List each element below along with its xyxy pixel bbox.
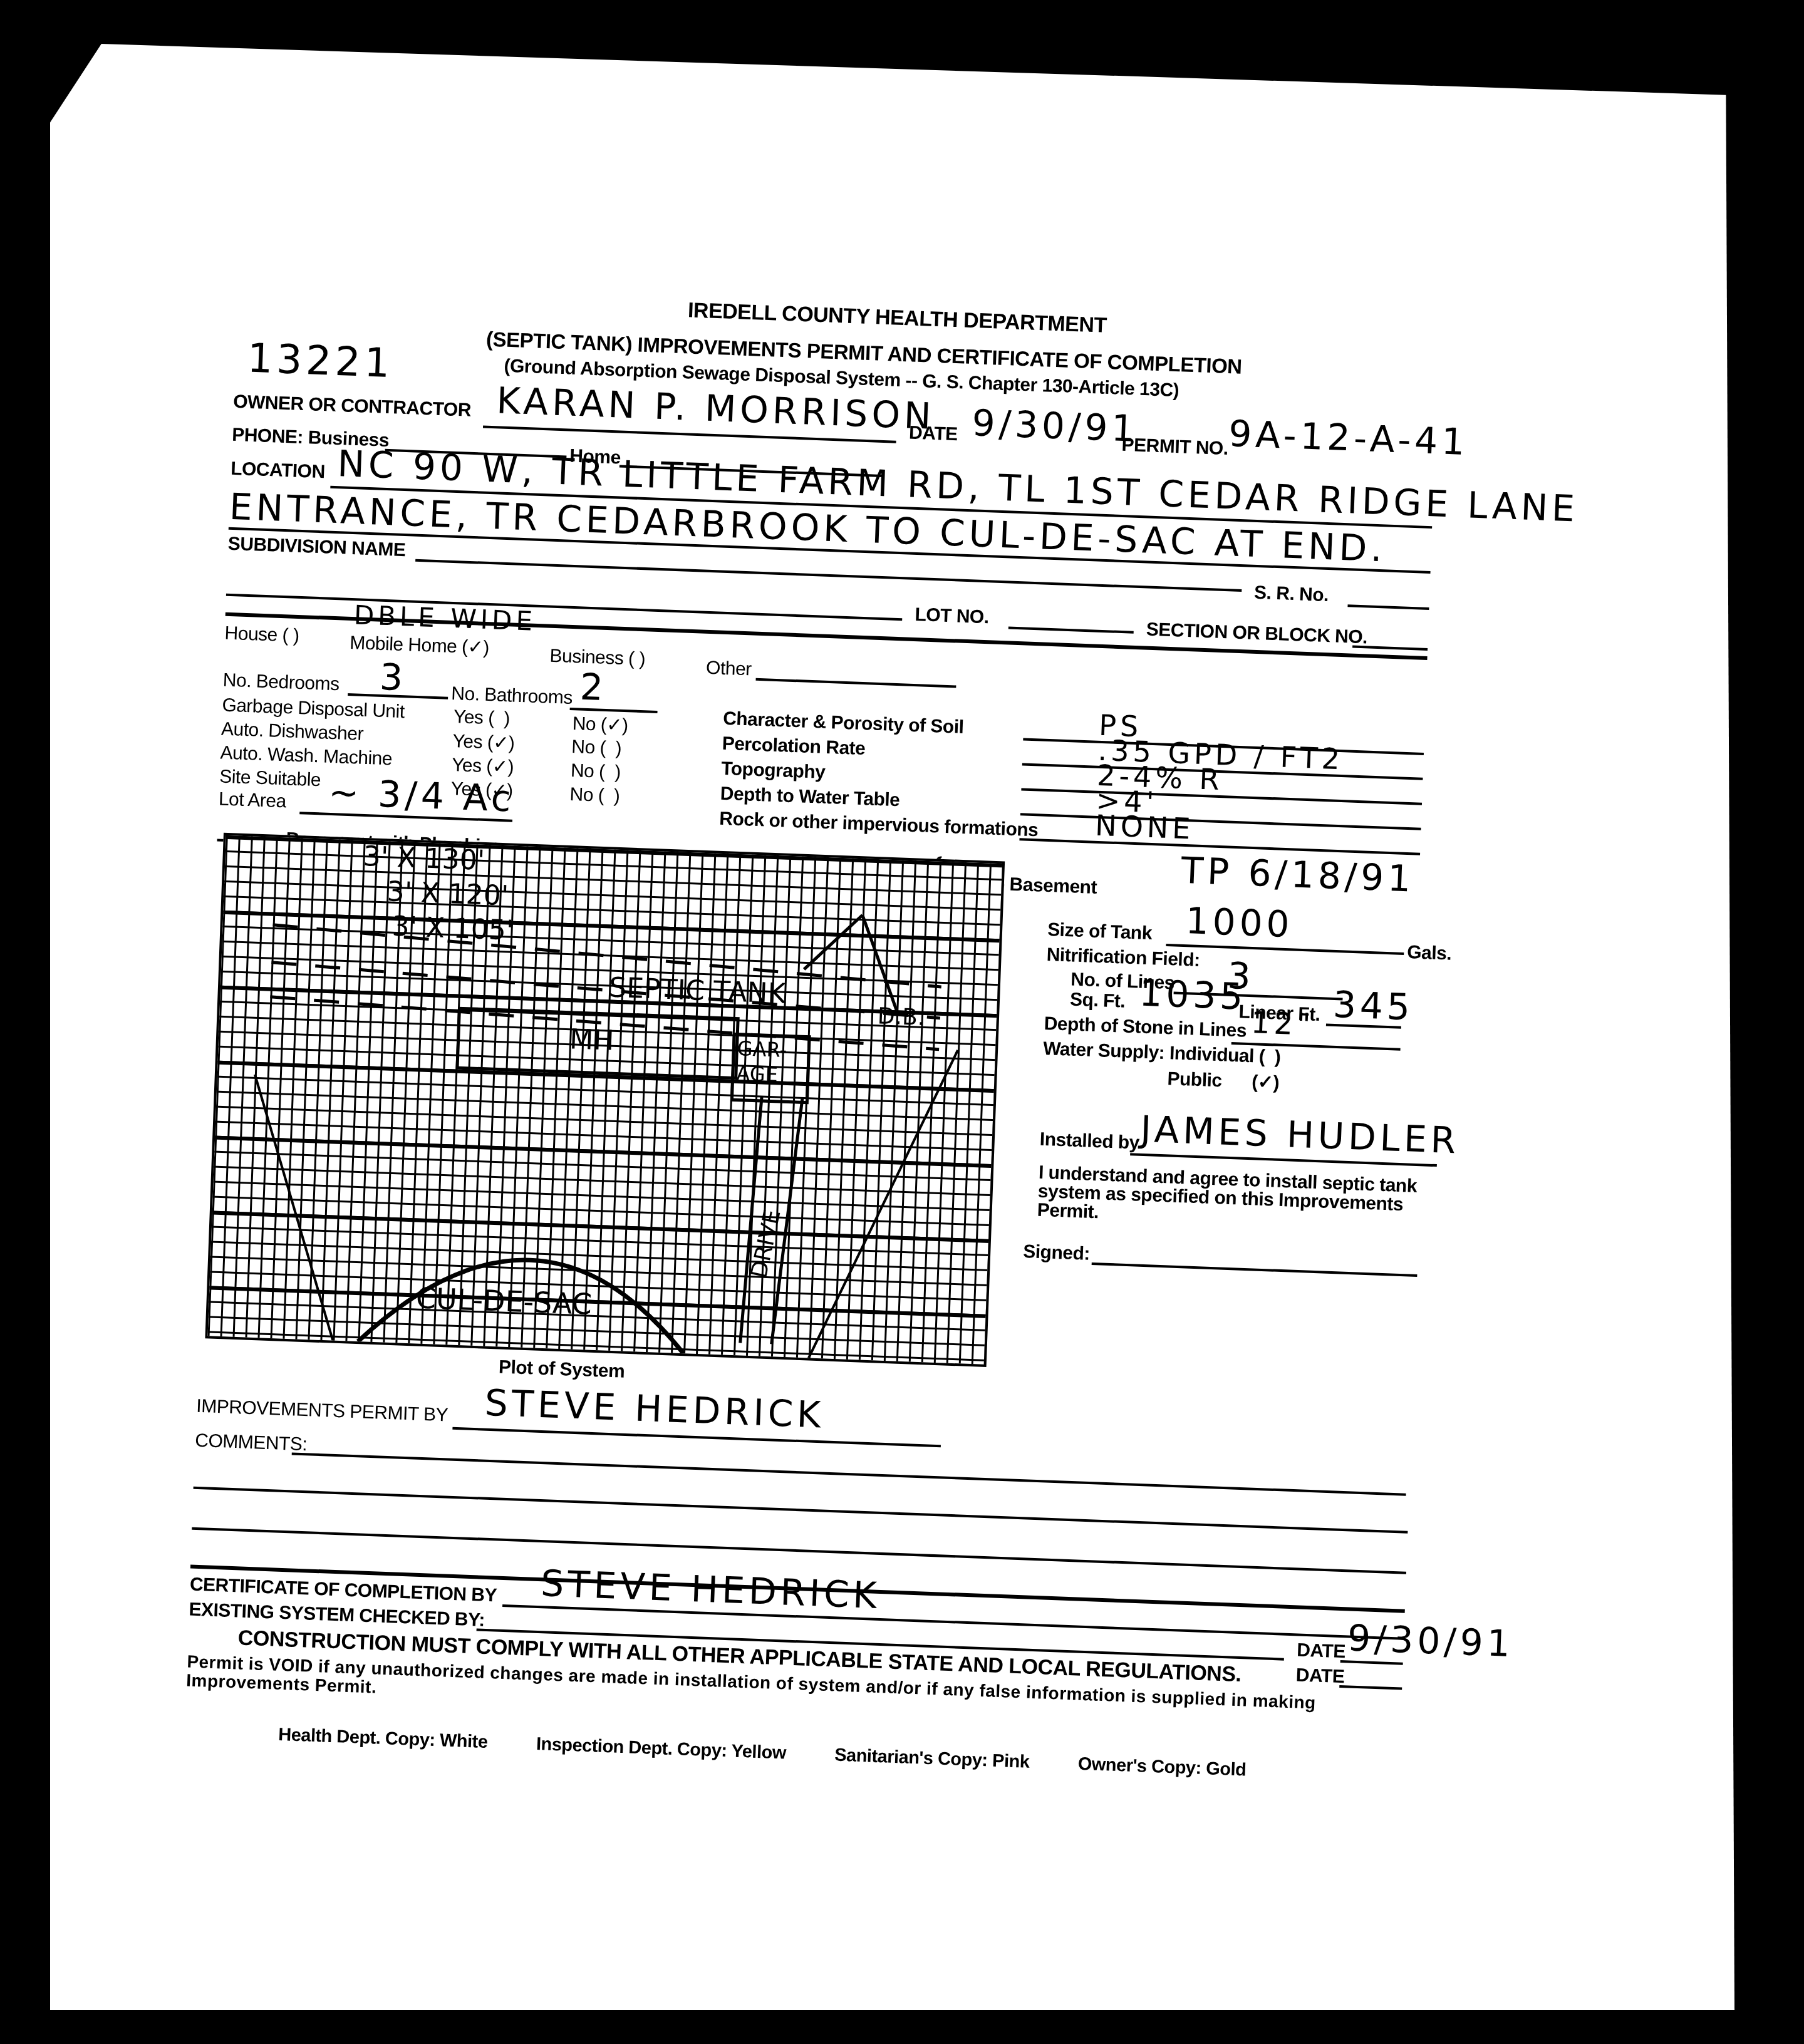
permit-form: IREDELL COUNTY HEALTH DEPARTMENT (SEPTIC… bbox=[176, 269, 1615, 2010]
agency-title: IREDELL COUNTY HEALTH DEPARTMENT bbox=[687, 298, 1107, 338]
water-individual-checkbox[interactable]: ( ) bbox=[1258, 1046, 1281, 1068]
tank-size-value[interactable]: 1000 bbox=[1185, 899, 1294, 946]
subdivision-label: SUBDIVISION NAME bbox=[227, 534, 406, 561]
improvements-permit-by-label: IMPROVEMENTS PERMIT BY bbox=[196, 1396, 448, 1427]
yes-no-question-label: Auto. Wash. Machine bbox=[220, 742, 393, 770]
tank-unit: Gals. bbox=[1407, 942, 1452, 965]
phone-label: PHONE: bbox=[232, 425, 304, 448]
lot-area-value[interactable]: ~ 3/4 Ac bbox=[328, 771, 516, 820]
lot-no-label: LOT NO. bbox=[915, 604, 989, 628]
soil-property-label: Rock or other impervious formations bbox=[719, 808, 1039, 842]
second-date-field[interactable] bbox=[1339, 1685, 1402, 1690]
house-option[interactable]: House ( ) bbox=[224, 623, 299, 647]
soil-property-label: Character & Porosity of Soil bbox=[723, 708, 964, 738]
lot-no-field[interactable] bbox=[1008, 626, 1134, 633]
no-checkbox[interactable]: No (✓) bbox=[572, 713, 628, 736]
soil-property-label: Depth to Water Table bbox=[720, 783, 900, 811]
soil-property-value[interactable]: NONE bbox=[1094, 808, 1195, 846]
soil-property-label: Percolation Rate bbox=[722, 733, 866, 760]
yes-checkbox[interactable]: Yes (✓) bbox=[452, 730, 515, 755]
yes-no-question-label: Auto. Dishwasher bbox=[220, 719, 363, 745]
installed-by-label: Installed by bbox=[1039, 1129, 1139, 1154]
sr-no-field[interactable] bbox=[1347, 604, 1429, 610]
yes-no-question-label: Site Suitable bbox=[219, 766, 321, 791]
bedrooms-label: No. Bedrooms bbox=[222, 670, 340, 696]
copy-distribution: Health Dept. Copy: White Inspection Dept… bbox=[278, 1725, 1290, 1782]
improvements-permit-by-value[interactable]: STEVE HEDRICK bbox=[484, 1381, 826, 1437]
copy-sanitarian: Sanitarian's Copy: Pink bbox=[834, 1745, 1030, 1772]
copy-owner: Owner's Copy: Gold bbox=[1077, 1754, 1247, 1780]
copy-inspection: Inspection Dept. Copy: Yellow bbox=[536, 1734, 786, 1763]
control-number: 13221 bbox=[246, 336, 394, 388]
other-option-label: Other bbox=[706, 658, 752, 681]
stone-depth-label: Depth of Stone in Lines bbox=[1044, 1013, 1247, 1042]
yes-checkbox[interactable]: Yes ( ) bbox=[453, 706, 510, 730]
comments-field[interactable] bbox=[292, 1452, 1406, 1495]
bathrooms-value[interactable]: 2 bbox=[579, 665, 608, 709]
agreement-text: I understand and agree to install septic… bbox=[1037, 1164, 1427, 1234]
sr-no-label: S. R. No. bbox=[1254, 582, 1329, 606]
plot-grid: 3' X 130' 3' X 120' 3' X 105' SEPTIC TAN… bbox=[205, 833, 1005, 1367]
tank-size-label: Size of Tank bbox=[1047, 919, 1153, 944]
signed-label: Signed: bbox=[1023, 1241, 1091, 1265]
soil-property-label: Topography bbox=[721, 758, 826, 783]
comments-label: COMMENTS: bbox=[195, 1430, 308, 1456]
subdivision-field[interactable] bbox=[415, 559, 1242, 592]
installed-by-value[interactable]: JAMES HUDLER bbox=[1139, 1108, 1460, 1162]
water-individual-label: Individual bbox=[1169, 1043, 1254, 1066]
no-checkbox[interactable]: No ( ) bbox=[570, 760, 621, 783]
second-date-label: DATE bbox=[1295, 1665, 1345, 1688]
date-value[interactable]: 9/30/91 bbox=[972, 401, 1139, 450]
sqft-label: Sq. Ft. bbox=[1070, 989, 1126, 1012]
water-public-label: Public bbox=[1167, 1068, 1222, 1091]
yes-checkbox[interactable]: Yes (✓) bbox=[452, 754, 514, 778]
plot-caption: Plot of System bbox=[498, 1356, 625, 1382]
bathrooms-label: No. Bathrooms bbox=[451, 683, 573, 709]
no-checkbox[interactable]: No ( ) bbox=[569, 784, 620, 807]
plot-drawing bbox=[208, 835, 1002, 1365]
stone-depth-value[interactable]: 12" bbox=[1250, 1005, 1315, 1043]
lot-area-label: Lot Area bbox=[218, 788, 286, 812]
mobile-home-option[interactable]: Mobile Home (✓) bbox=[350, 632, 490, 659]
date-label: DATE bbox=[909, 422, 958, 445]
existing-date-label: DATE bbox=[1297, 1639, 1346, 1663]
nitrification-label: Nitrification Field: bbox=[1046, 944, 1200, 971]
section-block-label: SECTION OR BLOCK NO. bbox=[1146, 619, 1367, 649]
water-supply-label: Water Supply: bbox=[1043, 1038, 1165, 1063]
permit-no-label: PERMIT NO. bbox=[1121, 435, 1228, 460]
bedrooms-value[interactable]: 3 bbox=[379, 656, 407, 699]
owner-label: OWNER OR CONTRACTOR bbox=[233, 391, 472, 421]
location-label: LOCATION bbox=[231, 458, 326, 483]
no-checkbox[interactable]: No ( ) bbox=[571, 736, 622, 760]
copy-health: Health Dept. Copy: White bbox=[278, 1725, 488, 1752]
section-block-field[interactable] bbox=[1352, 646, 1428, 651]
yes-no-question-label: Garbage Disposal Unit bbox=[222, 695, 405, 723]
signed-field[interactable] bbox=[1092, 1262, 1418, 1277]
existing-date-value[interactable]: 9/30/91 bbox=[1347, 1616, 1515, 1665]
sqft-value[interactable]: 1035 bbox=[1138, 972, 1247, 1018]
permit-no-value[interactable]: 9A-12-A-41 bbox=[1228, 412, 1469, 463]
other-field[interactable] bbox=[755, 678, 956, 688]
mobile-home-note: DBLE WIDE bbox=[353, 599, 537, 637]
tp-note: TP 6/18/91 bbox=[1181, 849, 1416, 901]
linear-ft-value[interactable]: 345 bbox=[1332, 983, 1414, 1029]
water-public-checkbox[interactable]: (✓) bbox=[1252, 1071, 1280, 1093]
